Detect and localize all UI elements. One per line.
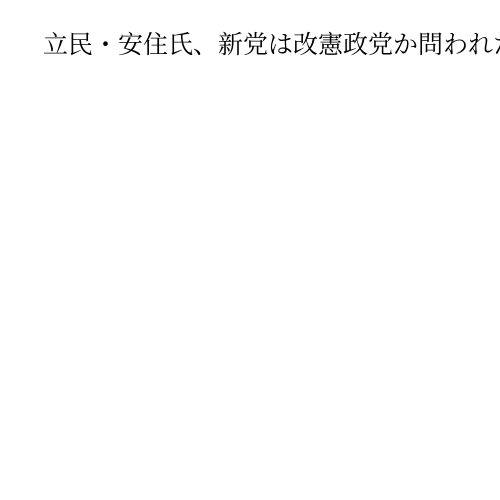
page: 立民・安住氏、新党は改憲政党か問われた [0, 0, 500, 500]
headline-clipped-char: た [493, 30, 500, 59]
headline-text: 立民・安住氏、新党は改憲政党か問われ [43, 30, 493, 59]
headline: 立民・安住氏、新党は改憲政党か問われた [43, 29, 500, 60]
